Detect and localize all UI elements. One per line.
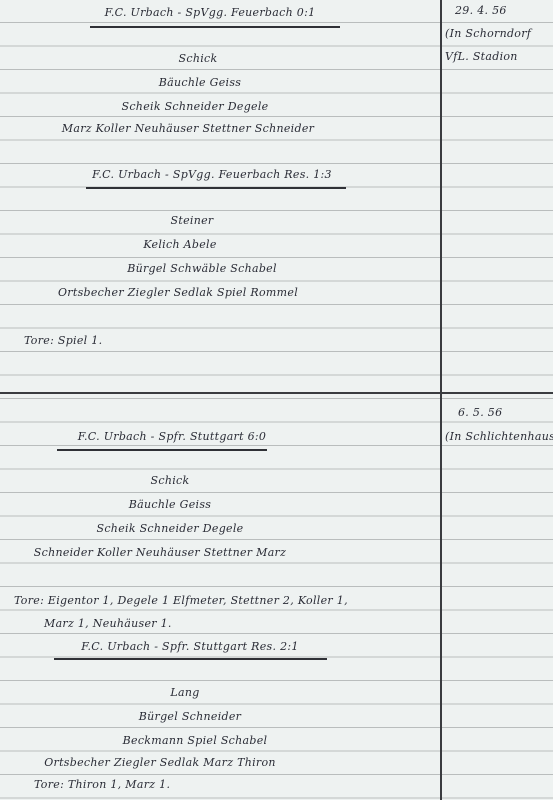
title-underline <box>57 449 267 451</box>
goals-line: Tore: Thiron 1, Marz 1. <box>34 778 170 791</box>
match-date: 6. 5. 56 <box>458 406 502 419</box>
date-column-divider <box>440 0 442 800</box>
lineup-goalkeeper: Steiner <box>171 214 214 227</box>
match-venue: VfL. Stadion <box>445 50 518 63</box>
lineup-goalkeeper: Schick <box>179 52 218 65</box>
lineup-midfield: Beckmann Spiel Schabel <box>123 734 268 747</box>
ledger-page: F.C. Urbach - SpVgg. Feuerbach 0:1 29. 4… <box>0 0 553 800</box>
goals-line: Tore: Eigentor 1, Degele 1 Elfmeter, Ste… <box>14 594 348 607</box>
lineup-defenders: Bäuchle Geiss <box>129 498 212 511</box>
lineup-midfield: Scheik Schneider Degele <box>122 100 269 113</box>
lineup-forwards: Ortsbecher Ziegler Sedlak Spiel Rommel <box>58 286 298 299</box>
lineup-defenders: Bürgel Schneider <box>139 710 242 723</box>
lineup-midfield: Scheik Schneider Degele <box>97 522 244 535</box>
title-underline <box>54 658 327 660</box>
match-location: (In Schorndorf <box>445 27 531 40</box>
lineup-forwards: Marz Koller Neuhäuser Stettner Schneider <box>62 122 314 135</box>
match-title: F.C. Urbach - Spfr. Stuttgart 6:0 <box>78 430 266 443</box>
goals-line: Marz 1, Neuhäuser 1. <box>44 617 172 630</box>
goals-line: Tore: Spiel 1. <box>24 334 102 347</box>
title-underline <box>86 187 346 189</box>
match-title: F.C. Urbach - SpVgg. Feuerbach 0:1 <box>105 6 316 19</box>
match-date: 29. 4. 56 <box>455 4 507 17</box>
match-title: F.C. Urbach - Spfr. Stuttgart Res. 2:1 <box>81 640 298 653</box>
lineup-goalkeeper: Lang <box>170 686 199 699</box>
match-location: (In Schlichtenhausen) <box>445 430 560 443</box>
lineup-forwards: Ortsbecher Ziegler Sedlak Marz Thiron <box>44 756 276 769</box>
match-title: F.C. Urbach - SpVgg. Feuerbach Res. 1:3 <box>92 168 332 181</box>
lineup-midfield: Bürgel Schwäble Schabel <box>127 262 277 275</box>
section-divider <box>0 392 553 394</box>
lineup-forwards: Schneider Koller Neuhäuser Stettner Marz <box>34 546 286 559</box>
lineup-defenders: Kelich Abele <box>143 238 216 251</box>
title-underline <box>90 26 340 28</box>
lineup-goalkeeper: Schick <box>151 474 190 487</box>
page-edge <box>553 0 560 800</box>
lineup-defenders: Bäuchle Geiss <box>159 76 242 89</box>
